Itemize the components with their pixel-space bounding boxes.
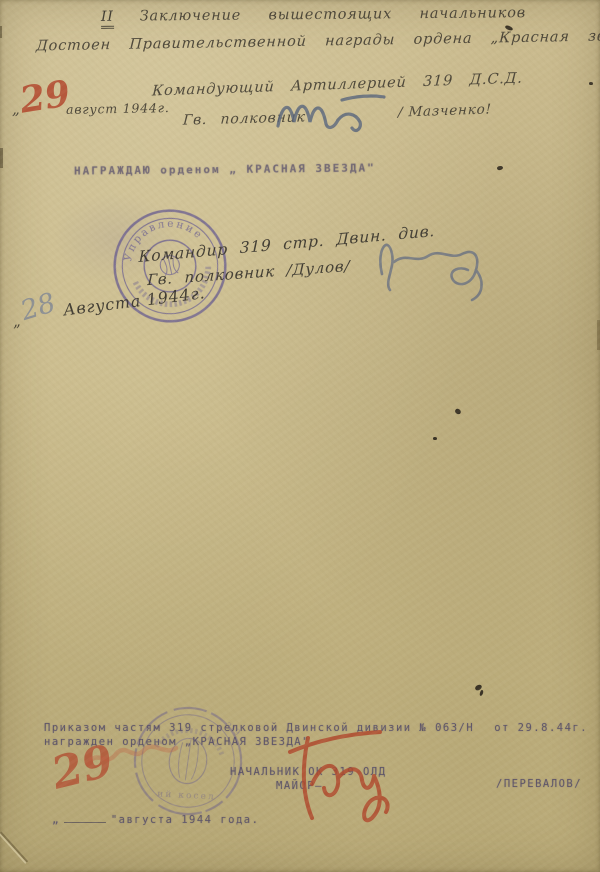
worthy-line: Достоен Правительственной награды ордена… xyxy=(36,28,600,55)
footer-date-text: "августа 1944 года. xyxy=(111,814,260,826)
handwritten-date-top: „ 29 август 1944г. xyxy=(12,84,172,136)
section-numeral: II xyxy=(101,9,114,29)
stamp-fragment-text: ий косел xyxy=(157,789,216,802)
red-scribble xyxy=(84,740,184,774)
open-quote-mark: „ xyxy=(11,312,22,331)
signature-major-red xyxy=(278,726,458,831)
conclusion-header-row: II Заключение вышестоящих начальников xyxy=(101,5,526,29)
paper-speck xyxy=(589,82,593,85)
date-month-year-top: август 1944г. xyxy=(66,100,170,117)
countersign-name: / Мазченко! xyxy=(398,101,492,120)
paper-speck xyxy=(479,690,484,697)
fold-mark xyxy=(0,831,28,862)
red-day-number-top: 29 xyxy=(17,72,73,121)
paper-speck xyxy=(454,408,462,415)
open-quote-mark: „ xyxy=(12,100,21,118)
open-quote-mark: „ xyxy=(52,813,59,826)
blank-underline xyxy=(64,810,106,823)
paper-speck xyxy=(433,437,437,440)
paper-speck xyxy=(497,165,504,170)
conclusion-heading: Заключение вышестоящих начальников xyxy=(140,5,526,28)
signature-artillery-commander xyxy=(272,88,397,138)
award-document-page: II Заключение вышестоящих начальников До… xyxy=(0,0,600,872)
date-month-year-mid: Августа 1944г. xyxy=(62,283,206,319)
edge-streak xyxy=(0,148,3,168)
footer-date-line: „ "августа 1944 года. xyxy=(52,808,259,832)
order-line-1b: от 29.8.44г. xyxy=(494,722,588,734)
signature-division-commander xyxy=(372,228,492,308)
perevalov-name: /ПЕРЕВАЛОВ/ xyxy=(496,778,582,790)
award-typed-line: НАГРАЖДАЮ орденом „ КРАСНАЯ ЗВЕЗДА" xyxy=(74,161,376,177)
pencil-day-number: 28 xyxy=(17,287,59,327)
edge-streak xyxy=(0,26,2,38)
